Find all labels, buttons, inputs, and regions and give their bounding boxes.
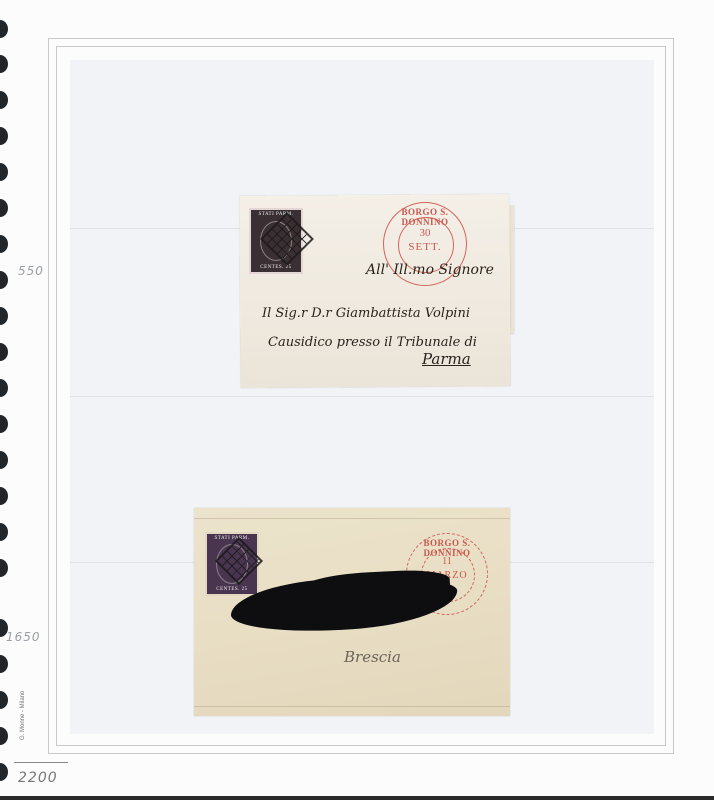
binder-hole bbox=[0, 379, 8, 397]
pencil-price: 2200 bbox=[18, 770, 58, 786]
address-destination: Brescia bbox=[344, 648, 401, 666]
pencil-note-550: 550 bbox=[18, 264, 44, 278]
binder-hole bbox=[0, 451, 8, 469]
postmark-2-town: BORGO S. DONNINO bbox=[407, 538, 487, 558]
pocket-strip-edge bbox=[70, 396, 654, 397]
address-line: All' Ill.mo Signore bbox=[366, 262, 494, 278]
fold-line bbox=[194, 706, 510, 707]
binder-hole bbox=[0, 523, 8, 541]
binder-hole bbox=[0, 415, 8, 433]
binder-hole bbox=[0, 271, 8, 289]
binder-hole bbox=[0, 55, 8, 73]
binder-hole bbox=[0, 487, 8, 505]
binder-hole bbox=[0, 91, 8, 109]
binder-hole bbox=[0, 343, 8, 361]
binder-hole bbox=[0, 127, 8, 145]
pencil-note-1650: 1650 bbox=[6, 630, 41, 644]
address-destination: Parma bbox=[422, 350, 471, 368]
address-line: Il Sig.r D.r Giambattista Volpini bbox=[262, 306, 470, 321]
footer-rule bbox=[14, 762, 68, 763]
postmark-1-month: SETT. bbox=[384, 241, 466, 253]
album-page: 550 1650 2200 G. Monne - Milano STATI PA… bbox=[0, 0, 714, 796]
maker-imprint: G. Monne - Milano bbox=[20, 691, 26, 740]
scan-edge bbox=[0, 796, 714, 800]
binder-hole bbox=[0, 727, 8, 745]
address-line: Causidico presso il Tribunale di bbox=[268, 335, 477, 350]
stamp-2-value-text: CENTES. 25 bbox=[216, 585, 247, 594]
binder-hole bbox=[0, 307, 8, 325]
postmark-1-town: BORGO S. DONNINO bbox=[384, 207, 466, 227]
binder-hole bbox=[0, 559, 8, 577]
fold-line bbox=[194, 518, 510, 519]
binder-hole bbox=[0, 20, 8, 38]
postmark-2-day: 11 bbox=[407, 556, 487, 567]
binder-hole bbox=[0, 655, 8, 673]
binder-hole bbox=[0, 691, 8, 709]
binder-hole bbox=[0, 235, 8, 253]
binder-hole bbox=[0, 163, 8, 181]
postmark-1-day: 30 bbox=[384, 227, 466, 239]
binder-hole bbox=[0, 763, 8, 781]
binder-hole bbox=[0, 199, 8, 217]
